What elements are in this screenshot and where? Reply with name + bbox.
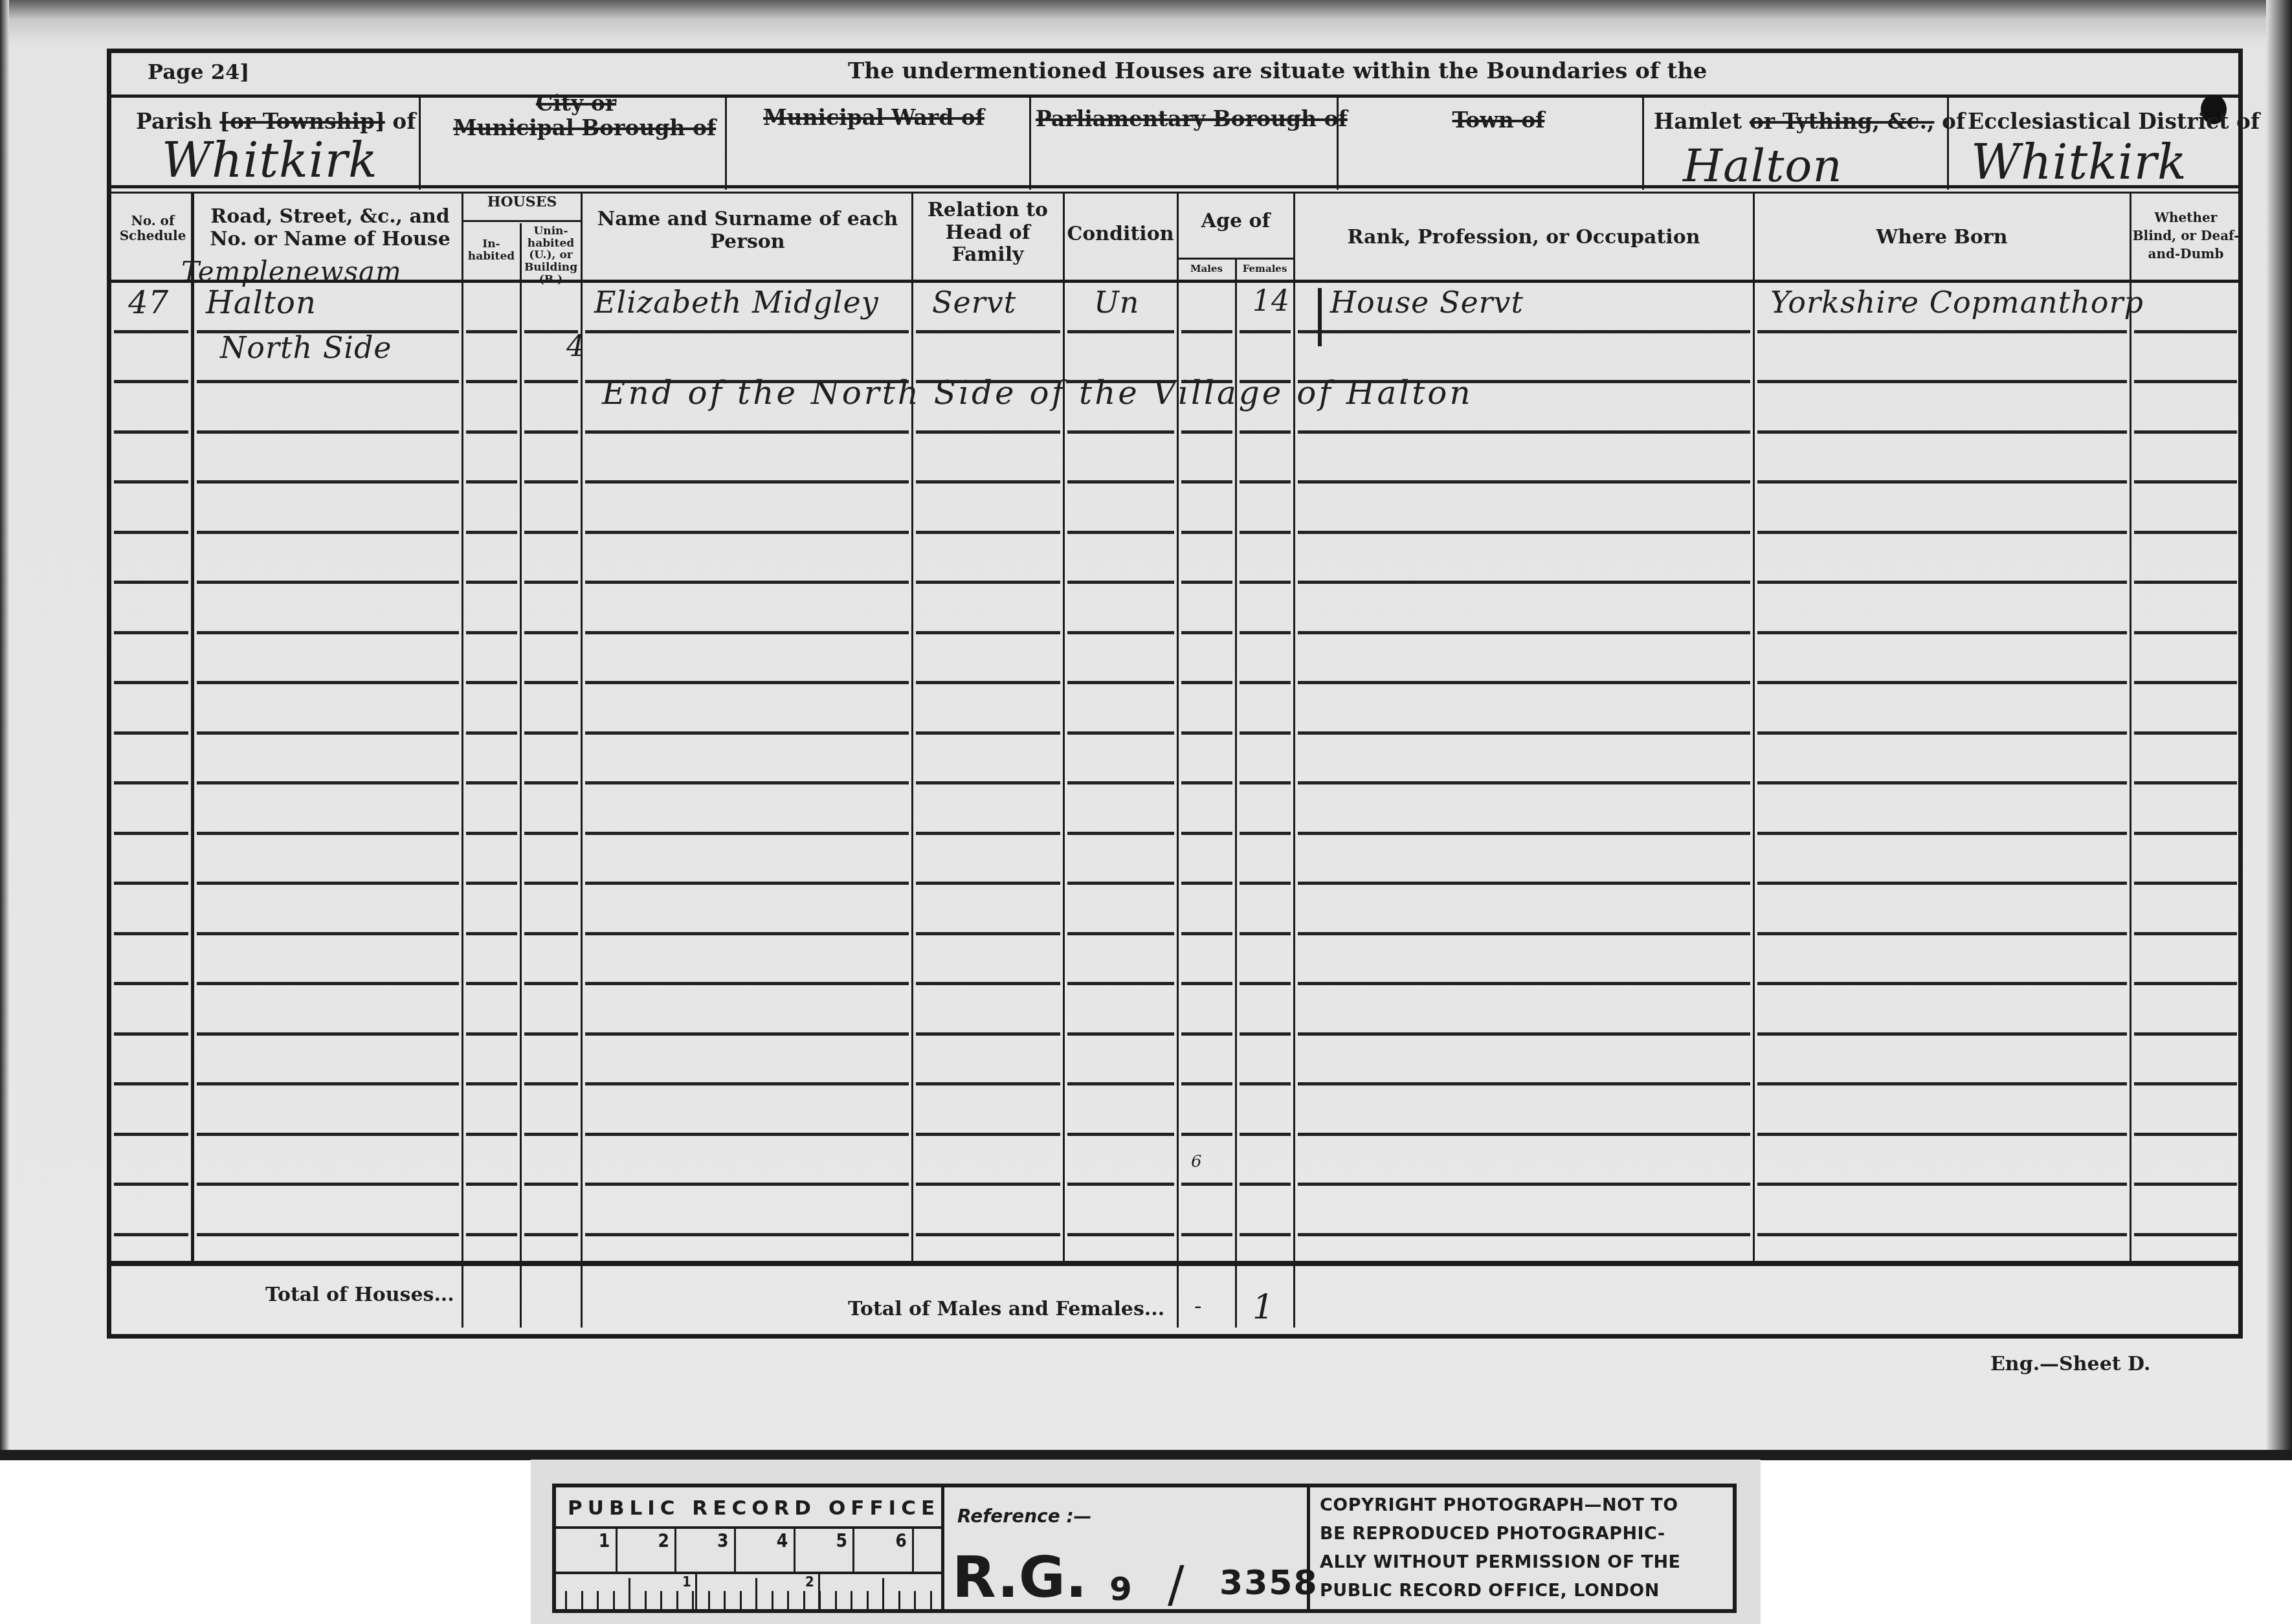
ruled-line bbox=[2134, 932, 2237, 935]
ruled-line bbox=[197, 1233, 459, 1236]
ruled-line bbox=[466, 882, 517, 885]
reference-separator: / bbox=[1168, 1555, 1185, 1613]
column-divider bbox=[2130, 193, 2131, 1264]
ruler-tick bbox=[676, 1591, 678, 1609]
ruled-line bbox=[1181, 581, 1232, 584]
column-header-disability: Whether Blind, or Deaf-and-Dumb bbox=[2132, 208, 2240, 263]
column-divider bbox=[1753, 193, 1755, 1264]
ruled-line bbox=[1067, 581, 1174, 584]
ruled-line bbox=[916, 1183, 1060, 1186]
ruled-line bbox=[466, 731, 517, 735]
ruler-tick bbox=[930, 1591, 932, 1609]
ruled-line bbox=[916, 581, 1060, 584]
ruler-tick bbox=[851, 1591, 852, 1609]
column-header-road: Road, Street, &c., and No. or Name of Ho… bbox=[207, 206, 453, 250]
ruled-line bbox=[1067, 430, 1174, 434]
sheet-label: Eng.—Sheet D. bbox=[1990, 1353, 2150, 1375]
ruled-line bbox=[1067, 882, 1174, 885]
ruled-line bbox=[1067, 1183, 1174, 1186]
ruled-line bbox=[1757, 1183, 2127, 1186]
scan-edge bbox=[2266, 0, 2292, 1460]
reference-piece-class: 9 bbox=[1109, 1570, 1132, 1608]
ruler-tick bbox=[914, 1591, 916, 1609]
ruled-line bbox=[466, 681, 517, 684]
ruled-line bbox=[1181, 1082, 1232, 1085]
ruler-number: 2 bbox=[658, 1530, 669, 1552]
ruled-line bbox=[524, 882, 578, 885]
ruled-line bbox=[466, 531, 517, 534]
ruled-line bbox=[466, 1183, 517, 1186]
ruler-tick bbox=[787, 1591, 789, 1609]
ruled-line bbox=[2134, 1032, 2237, 1036]
boundary-city-label: City or bbox=[498, 91, 654, 116]
column-header-uninhabited: Unin-habited (U.), or Building (B.) bbox=[522, 225, 580, 285]
ruled-line bbox=[2134, 1233, 2237, 1236]
ruled-line bbox=[916, 531, 1060, 534]
ruled-line bbox=[114, 731, 188, 735]
ruled-line bbox=[1757, 380, 2127, 383]
total-males-value: - bbox=[1194, 1293, 1203, 1319]
ruled-line bbox=[585, 731, 909, 735]
ruled-line bbox=[466, 581, 517, 584]
ruled-line bbox=[585, 480, 909, 484]
ruled-line bbox=[916, 1233, 1060, 1236]
ruled-line bbox=[1181, 1133, 1232, 1136]
ruled-line bbox=[1067, 681, 1174, 684]
pro-reference-section: Reference :— R.G. 9 / 3358 bbox=[944, 1487, 1310, 1609]
reference-piece-number: 3358 bbox=[1219, 1564, 1318, 1603]
ruled-line bbox=[1067, 832, 1174, 835]
ruled-line bbox=[114, 982, 188, 985]
total-houses-label: Total of Houses... bbox=[265, 1284, 454, 1306]
ruled-line bbox=[197, 1133, 459, 1136]
ruled-line bbox=[585, 430, 909, 434]
ruled-line bbox=[114, 430, 188, 434]
column-divider bbox=[911, 193, 913, 1264]
ruled-line bbox=[197, 731, 459, 735]
reference-label: Reference :— bbox=[957, 1506, 1092, 1527]
ruler-divider bbox=[616, 1528, 618, 1573]
ruler-tick bbox=[867, 1591, 869, 1609]
copyright-line: ALLY WITHOUT PERMISSION OF THE bbox=[1320, 1548, 1734, 1577]
ruler-tick bbox=[803, 1591, 805, 1609]
ruled-line bbox=[1067, 781, 1174, 784]
ruled-line bbox=[1181, 681, 1232, 684]
ruler-number: 6 bbox=[895, 1530, 907, 1552]
ruled-line bbox=[524, 1233, 578, 1236]
ruled-line bbox=[197, 581, 459, 584]
ruled-line bbox=[916, 681, 1060, 684]
ruled-line bbox=[1067, 1082, 1174, 1085]
ruler-divider bbox=[695, 1573, 697, 1609]
ruler-tick bbox=[613, 1591, 615, 1609]
ruler-tick bbox=[645, 1591, 647, 1609]
ruled-line bbox=[1181, 330, 1232, 333]
ruler-tick bbox=[629, 1578, 630, 1609]
ruled-line bbox=[114, 832, 188, 835]
ruled-line bbox=[114, 882, 188, 885]
ruled-line bbox=[1757, 531, 2127, 534]
ruled-line bbox=[916, 832, 1060, 835]
ruler-number: 2 bbox=[805, 1574, 814, 1590]
ruled-line bbox=[1240, 330, 1291, 333]
ruled-line bbox=[1240, 781, 1291, 784]
ruled-line bbox=[1240, 430, 1291, 434]
scan-edge bbox=[0, 1450, 2292, 1460]
ruler-divider bbox=[852, 1528, 854, 1573]
ruled-line bbox=[2134, 882, 2237, 885]
entry-road-line2: North Side bbox=[220, 330, 392, 365]
ruled-line bbox=[114, 1233, 188, 1236]
ruled-line bbox=[585, 982, 909, 985]
ruled-line bbox=[197, 430, 459, 434]
ruled-line bbox=[1240, 1183, 1291, 1186]
copyright-notice: COPYRIGHT PHOTOGRAPH—NOT TO BE REPRODUCE… bbox=[1313, 1491, 1734, 1605]
ruled-line bbox=[585, 882, 909, 885]
ruled-line bbox=[1757, 832, 2127, 835]
column-header-name: Name and Surname of each Person bbox=[589, 208, 906, 253]
ruled-line bbox=[114, 1133, 188, 1136]
ruled-line bbox=[585, 1183, 909, 1186]
ruled-line bbox=[1181, 731, 1232, 735]
ruled-line bbox=[114, 681, 188, 684]
ruled-line bbox=[197, 781, 459, 784]
reference-series: R.G. bbox=[952, 1549, 1087, 1606]
ruled-line bbox=[1298, 531, 1750, 534]
ruled-line bbox=[524, 982, 578, 985]
pro-stamp: PUBLIC RECORD OFFICE 123456 12 Reference… bbox=[552, 1484, 1737, 1613]
ruled-line bbox=[1067, 531, 1174, 534]
ruled-line bbox=[1298, 631, 1750, 634]
ruled-line bbox=[114, 932, 188, 935]
ruled-line bbox=[916, 731, 1060, 735]
divider bbox=[107, 1261, 2243, 1266]
ruler-number: 1 bbox=[599, 1530, 610, 1552]
ruled-line bbox=[466, 480, 517, 484]
ruled-line bbox=[1240, 681, 1291, 684]
ruled-line bbox=[114, 581, 188, 584]
ruled-line bbox=[1067, 1133, 1174, 1136]
ruled-line bbox=[585, 681, 909, 684]
ruled-line bbox=[1298, 781, 1750, 784]
ruled-line bbox=[524, 832, 578, 835]
ruled-line bbox=[1181, 932, 1232, 935]
ruled-line bbox=[1181, 982, 1232, 985]
ruled-line bbox=[524, 932, 578, 935]
ruled-line bbox=[2134, 781, 2237, 784]
ruled-line bbox=[1298, 1082, 1750, 1085]
ruled-line bbox=[524, 380, 578, 383]
entry-schedule-number: 47 bbox=[128, 285, 169, 321]
divider bbox=[107, 95, 2243, 98]
ruled-line bbox=[1298, 1233, 1750, 1236]
ruled-line bbox=[524, 1082, 578, 1085]
column-divider bbox=[1235, 259, 1237, 1328]
column-header-condition: Condition bbox=[1065, 223, 1176, 246]
ruled-line bbox=[524, 731, 578, 735]
ruled-line bbox=[466, 932, 517, 935]
ruled-line bbox=[524, 681, 578, 684]
divider bbox=[1642, 96, 1644, 190]
ruled-line bbox=[2134, 982, 2237, 985]
boundary-hamlet-value: Halton bbox=[1683, 139, 1843, 192]
ruler-number: 1 bbox=[682, 1574, 691, 1590]
divider bbox=[107, 280, 2243, 283]
entry-age-female: 14 bbox=[1252, 285, 1290, 318]
divider bbox=[463, 220, 581, 222]
ruled-line bbox=[524, 781, 578, 784]
ruled-line bbox=[585, 631, 909, 634]
ruled-line bbox=[197, 832, 459, 835]
ruled-line bbox=[197, 480, 459, 484]
ruled-line bbox=[1240, 480, 1291, 484]
ruler-tick bbox=[835, 1591, 837, 1609]
ruled-line bbox=[1757, 882, 2127, 885]
ruled-line bbox=[585, 1032, 909, 1036]
ruled-line bbox=[1181, 631, 1232, 634]
ruled-line bbox=[916, 1133, 1060, 1136]
ruled-line bbox=[916, 781, 1060, 784]
boundary-ecclesiastical-value: Whitkirk bbox=[1971, 135, 2187, 190]
ruled-line bbox=[1298, 1133, 1750, 1136]
ruled-line bbox=[466, 1133, 517, 1136]
ruled-line bbox=[114, 531, 188, 534]
entry-name: Elizabeth Midgley bbox=[594, 285, 879, 320]
divider bbox=[107, 192, 2243, 194]
ruled-line bbox=[114, 781, 188, 784]
pro-ruler-section: PUBLIC RECORD OFFICE 123456 12 bbox=[556, 1487, 944, 1609]
ruled-line bbox=[1757, 932, 2127, 935]
ruled-line bbox=[1240, 581, 1291, 584]
ruled-line bbox=[916, 330, 1060, 333]
ruled-line bbox=[1240, 731, 1291, 735]
ruled-line bbox=[1240, 932, 1291, 935]
ruled-line bbox=[466, 1082, 517, 1085]
entry-road: Halton bbox=[206, 285, 317, 321]
entry-where-born: Yorkshire Copmanthorp bbox=[1770, 285, 2144, 320]
ruled-line bbox=[2134, 1133, 2237, 1136]
ruled-line bbox=[1757, 581, 2127, 584]
entry-house-mark: 4 bbox=[566, 330, 585, 363]
ruled-line bbox=[916, 1032, 1060, 1036]
ruled-line bbox=[585, 1082, 909, 1085]
ruled-line bbox=[524, 430, 578, 434]
ruled-line bbox=[1181, 480, 1232, 484]
boundary-town-label: Town of bbox=[1424, 107, 1573, 133]
ruled-line bbox=[524, 631, 578, 634]
ruled-line bbox=[2134, 480, 2237, 484]
ruled-line bbox=[524, 531, 578, 534]
ruled-line bbox=[1067, 731, 1174, 735]
ruler-tick bbox=[692, 1591, 694, 1609]
scan-edge bbox=[0, 0, 9, 1460]
ruled-line bbox=[466, 330, 517, 333]
ruled-line bbox=[1181, 832, 1232, 835]
ruled-line bbox=[2134, 731, 2237, 735]
ruled-line bbox=[1067, 480, 1174, 484]
ruled-line bbox=[1298, 982, 1750, 985]
ruler-tick bbox=[740, 1591, 742, 1609]
ruled-line bbox=[466, 832, 517, 835]
ruled-line bbox=[466, 781, 517, 784]
ruled-line bbox=[1181, 1183, 1232, 1186]
stray-mark: 6 bbox=[1191, 1152, 1203, 1172]
ruled-line bbox=[197, 932, 459, 935]
column-header-males: Males bbox=[1178, 263, 1235, 274]
ruled-line bbox=[1240, 631, 1291, 634]
ruled-line bbox=[916, 1082, 1060, 1085]
column-divider bbox=[462, 193, 463, 1328]
ruled-line bbox=[466, 982, 517, 985]
ruled-line bbox=[2134, 832, 2237, 835]
copyright-line: PUBLIC RECORD OFFICE, LONDON bbox=[1320, 1577, 1734, 1605]
ruled-line bbox=[585, 1133, 909, 1136]
ruler-tick bbox=[882, 1578, 884, 1609]
ruled-line bbox=[1298, 932, 1750, 935]
ruled-line bbox=[585, 581, 909, 584]
ruled-line bbox=[197, 1183, 459, 1186]
ruler-divider bbox=[818, 1573, 820, 1609]
ruled-line bbox=[1757, 781, 2127, 784]
ruled-line bbox=[1240, 832, 1291, 835]
ruled-line bbox=[1181, 882, 1232, 885]
entry-relation: Servt bbox=[932, 285, 1016, 320]
ruled-line bbox=[1298, 430, 1750, 434]
divider bbox=[556, 1526, 942, 1529]
ruled-line bbox=[1240, 531, 1291, 534]
boundary-borough-label: Municipal Borough of bbox=[453, 115, 699, 140]
ruled-line bbox=[585, 781, 909, 784]
column-header-houses: HOUSES bbox=[463, 194, 581, 210]
ruled-line bbox=[114, 380, 188, 383]
ruled-line bbox=[2134, 581, 2237, 584]
ruled-line bbox=[1240, 1082, 1291, 1085]
ruled-line bbox=[1181, 531, 1232, 534]
ruled-line bbox=[1757, 982, 2127, 985]
ruled-line bbox=[114, 1032, 188, 1036]
ruled-line bbox=[585, 932, 909, 935]
divider bbox=[556, 1572, 942, 1574]
column-header-schedule: No. of Schedule bbox=[117, 214, 189, 243]
ruler-tick bbox=[581, 1591, 583, 1609]
column-header-relation: Relation to Head of Family bbox=[914, 199, 1062, 267]
ruled-line bbox=[1067, 932, 1174, 935]
ruler-divider bbox=[912, 1528, 914, 1573]
ruled-line bbox=[1757, 1133, 2127, 1136]
divider bbox=[107, 185, 2243, 188]
ruled-line bbox=[1181, 1233, 1232, 1236]
column-divider bbox=[520, 223, 522, 1328]
boundary-parish-value: Whitkirk bbox=[162, 133, 378, 188]
total-females-value: 1 bbox=[1252, 1288, 1274, 1327]
ruled-line bbox=[1067, 631, 1174, 634]
column-header-females: Females bbox=[1236, 263, 1293, 274]
ruled-line bbox=[1298, 882, 1750, 885]
ruled-line bbox=[1067, 1233, 1174, 1236]
boundary-hamlet-label: Hamlet or Tything, &c., of bbox=[1654, 109, 1965, 134]
total-persons-label: Total of Males and Females... bbox=[848, 1298, 1164, 1320]
pro-copyright-section: COPYRIGHT PHOTOGRAPH—NOT TO BE REPRODUCE… bbox=[1313, 1491, 1734, 1608]
column-header-occupation: Rank, Profession, or Occupation bbox=[1296, 227, 1752, 249]
ruled-line bbox=[1757, 681, 2127, 684]
end-of-section-note: End of the North Side of the Village of … bbox=[602, 374, 1473, 412]
ruler-number: 5 bbox=[836, 1530, 847, 1552]
ruled-line bbox=[1298, 480, 1750, 484]
ruled-line bbox=[466, 430, 517, 434]
ruled-line bbox=[466, 380, 517, 383]
ruler-divider bbox=[674, 1528, 676, 1573]
ruled-line bbox=[1181, 430, 1232, 434]
column-divider bbox=[1063, 193, 1065, 1264]
ruled-line bbox=[114, 1183, 188, 1186]
ruled-line bbox=[2134, 631, 2237, 634]
ruled-line bbox=[1298, 1183, 1750, 1186]
ruled-line bbox=[1298, 1032, 1750, 1036]
column-divider bbox=[1293, 193, 1295, 1328]
ruled-line bbox=[1240, 982, 1291, 985]
column-divider bbox=[1177, 193, 1179, 1328]
ruled-line bbox=[197, 531, 459, 534]
ruled-line bbox=[466, 631, 517, 634]
divider bbox=[1178, 258, 1295, 260]
ruler-tick bbox=[597, 1591, 599, 1609]
ruled-line bbox=[585, 832, 909, 835]
ruled-line bbox=[1298, 581, 1750, 584]
ruled-line bbox=[197, 882, 459, 885]
ruled-line bbox=[197, 1082, 459, 1085]
ruled-line bbox=[1067, 330, 1174, 333]
ruled-line bbox=[197, 1032, 459, 1036]
ruler-number: 4 bbox=[777, 1530, 788, 1552]
ruled-line bbox=[916, 932, 1060, 935]
ruler-tick bbox=[898, 1591, 900, 1609]
ruled-line bbox=[1757, 430, 2127, 434]
ruler-tick bbox=[772, 1591, 773, 1609]
ruled-line bbox=[585, 531, 909, 534]
ruled-line bbox=[1067, 982, 1174, 985]
ruled-line bbox=[1181, 781, 1232, 784]
pro-office-name: PUBLIC RECORD OFFICE bbox=[568, 1496, 940, 1520]
divider bbox=[1029, 96, 1031, 190]
ruler-number: 3 bbox=[717, 1530, 729, 1552]
form-title: The undermentioned Houses are situate wi… bbox=[848, 58, 1707, 84]
ruled-line bbox=[524, 1032, 578, 1036]
ruled-line bbox=[585, 1233, 909, 1236]
ruler-divider bbox=[734, 1528, 736, 1573]
ruled-line bbox=[1240, 1233, 1291, 1236]
ruled-line bbox=[197, 681, 459, 684]
ruled-line bbox=[2134, 1183, 2237, 1186]
ruled-line bbox=[1240, 1032, 1291, 1036]
ruler-tick bbox=[724, 1591, 726, 1609]
ruled-line bbox=[114, 1082, 188, 1085]
ruled-line bbox=[1757, 330, 2127, 333]
ruled-line bbox=[524, 1133, 578, 1136]
occupation-margin-mark bbox=[1318, 288, 1322, 346]
ruled-line bbox=[916, 631, 1060, 634]
ruled-line bbox=[1298, 731, 1750, 735]
entry-occupation: House Servt bbox=[1330, 285, 1524, 320]
ruled-line bbox=[524, 1183, 578, 1186]
ruled-line bbox=[2134, 430, 2237, 434]
ruled-line bbox=[197, 380, 459, 383]
ruled-line bbox=[1757, 731, 2127, 735]
ruler-divider bbox=[794, 1528, 796, 1573]
ruled-line bbox=[1067, 1032, 1174, 1036]
ruled-line bbox=[916, 480, 1060, 484]
ruled-line bbox=[2134, 330, 2237, 333]
boundary-ward-label: Municipal Ward of bbox=[731, 105, 1016, 130]
